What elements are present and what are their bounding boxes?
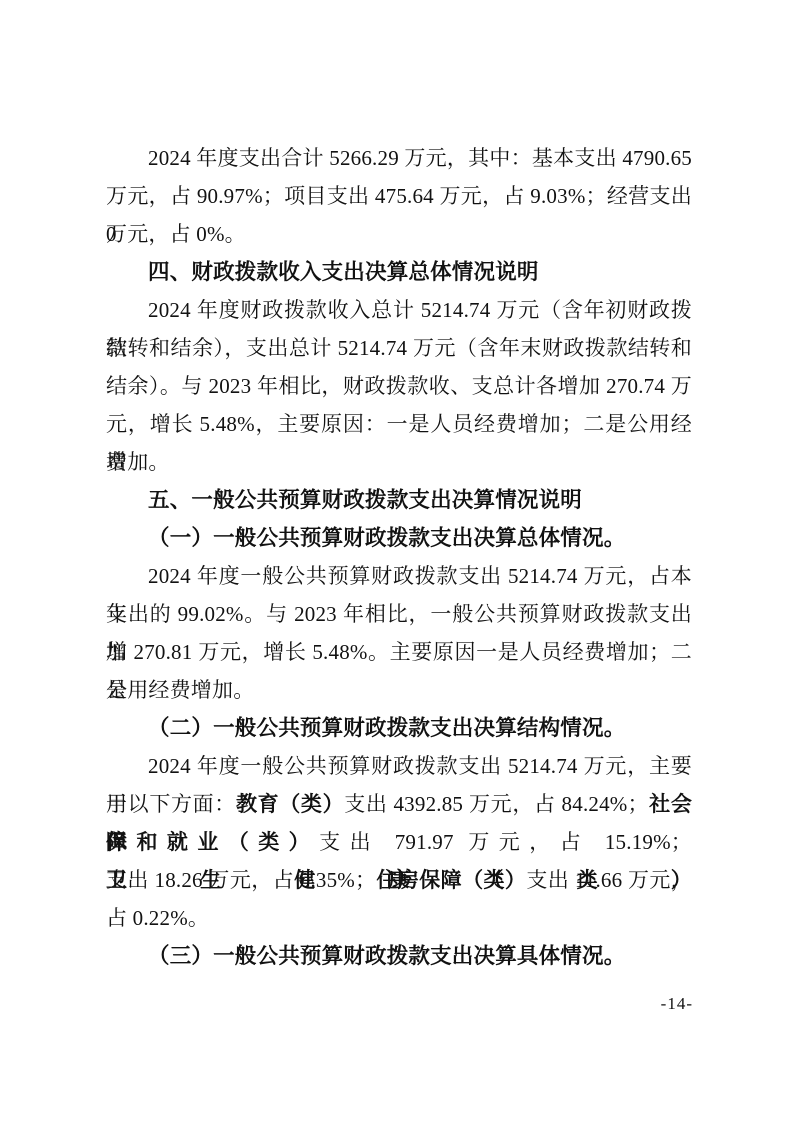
heading-section-5: 五、一般公共预算财政拨款支出决算情况说明 (106, 481, 692, 519)
text-run: 结转和结余），支出总计 5214.74 万元（含年末财政拨款结转和 (106, 336, 692, 360)
text-run: （二）一般公共预算财政拨款支出决算结构情况。 (148, 716, 625, 740)
text-run: 四、财政拨款收入支出决算总体情况说明 (148, 260, 539, 284)
text-run: 占 0.22%。 (106, 906, 209, 930)
text-line: （三）一般公共预算财政拨款支出决算具体情况。 (106, 937, 692, 975)
text-run: 万元，占 0%。 (106, 222, 246, 246)
text-line: 元，增长 5.48%，主要原因：一是人员经费增加；二是公用经费 (106, 405, 692, 443)
para-total-expenditure: 2024 年度支出合计 5266.29 万元，其中：基本支出 4790.65万元… (106, 139, 692, 253)
text-line: 加 270.81 万元，增长 5.48%。主要原因一是人员经费增加；二是 (106, 633, 692, 671)
text-line: 四、财政拨款收入支出决算总体情况说明 (106, 253, 692, 291)
text-run: 支出 791.97 万元，占 15.19%； (319, 830, 692, 854)
para-fiscal-appropriation-overview: 2024 年度财政拨款收入总计 5214.74 万元（含年初财政拨款结转和结余）… (106, 291, 692, 481)
document-content: 2024 年度支出合计 5266.29 万元，其中：基本支出 4790.65万元… (106, 139, 692, 975)
bold-text-run: 教育（类） (236, 792, 344, 816)
text-line: 结余）。与 2023 年相比，财政拨款收、支总计各增加 270.74 万 (106, 367, 692, 405)
text-line: （一）一般公共预算财政拨款支出决算总体情况。 (106, 519, 692, 557)
text-line: （二）一般公共预算财政拨款支出决算结构情况。 (106, 709, 692, 747)
text-line: 2024 年度支出合计 5266.29 万元，其中：基本支出 4790.65 (106, 139, 692, 177)
text-run: 支出 4392.85 万元，占 84.24%； (344, 792, 648, 816)
text-run: （三）一般公共预算财政拨款支出决算具体情况。 (148, 944, 625, 968)
text-line: 障和就业（类）支出 791.97 万元，占 15.19%；卫生健康（类） (106, 823, 692, 861)
text-run: 支出 11.66 万元， (526, 868, 692, 892)
bold-text-run: 障和就业（类） (106, 830, 319, 854)
text-line: 支出的 99.02%。与 2023 年相比，一般公共预算财政拨款支出增 (106, 595, 692, 633)
para-general-budget-overview: 2024 年度一般公共预算财政拨款支出 5214.74 万元，占本年支出的 99… (106, 557, 692, 709)
text-line: 2024 年度财政拨款收入总计 5214.74 万元（含年初财政拨款 (106, 291, 692, 329)
heading-section-5-3: （三）一般公共预算财政拨款支出决算具体情况。 (106, 937, 692, 975)
text-run: 五、一般公共预算财政拨款支出决算情况说明 (148, 488, 582, 512)
text-line: 占 0.22%。 (106, 899, 692, 937)
text-run: 增加。 (106, 450, 170, 474)
text-run: 结余）。与 2023 年相比，财政拨款收、支总计各增加 270.74 万 (106, 374, 692, 398)
page-number: -14- (661, 993, 693, 1015)
para-general-budget-structure: 2024 年度一般公共预算财政拨款支出 5214.74 万元，主要用于以下方面：… (106, 747, 692, 937)
bold-text-run: 住房保障（类） (376, 868, 526, 892)
heading-section-4: 四、财政拨款收入支出决算总体情况说明 (106, 253, 692, 291)
text-line: 结转和结余），支出总计 5214.74 万元（含年末财政拨款结转和 (106, 329, 692, 367)
heading-section-5-2: （二）一般公共预算财政拨款支出决算结构情况。 (106, 709, 692, 747)
text-run: （一）一般公共预算财政拨款支出决算总体情况。 (148, 526, 625, 550)
text-run: 公用经费增加。 (106, 678, 254, 702)
text-line: 万元，占 90.97%；项目支出 475.64 万元，占 9.03%；经营支出 … (106, 177, 692, 215)
text-run: 2024 年度支出合计 5266.29 万元，其中：基本支出 4790.65 (148, 146, 692, 170)
heading-section-5-1: （一）一般公共预算财政拨款支出决算总体情况。 (106, 519, 692, 557)
text-run: 于以下方面： (106, 792, 236, 816)
document-page: 2024 年度支出合计 5266.29 万元，其中：基本支出 4790.65万元… (0, 0, 793, 1122)
text-line: 支出 18.26 万元，占 0.35%；住房保障（类）支出 11.66 万元， (106, 861, 692, 899)
text-line: 2024 年度一般公共预算财政拨款支出 5214.74 万元，主要用 (106, 747, 692, 785)
text-run: 支出 18.26 万元，占 0.35%； (106, 868, 376, 892)
text-line: 于以下方面：教育（类）支出 4392.85 万元，占 84.24%；社会保 (106, 785, 692, 823)
text-line: 增加。 (106, 443, 692, 481)
text-line: 2024 年度一般公共预算财政拨款支出 5214.74 万元，占本年 (106, 557, 692, 595)
text-line: 公用经费增加。 (106, 671, 692, 709)
text-line: 五、一般公共预算财政拨款支出决算情况说明 (106, 481, 692, 519)
text-line: 万元，占 0%。 (106, 215, 692, 253)
